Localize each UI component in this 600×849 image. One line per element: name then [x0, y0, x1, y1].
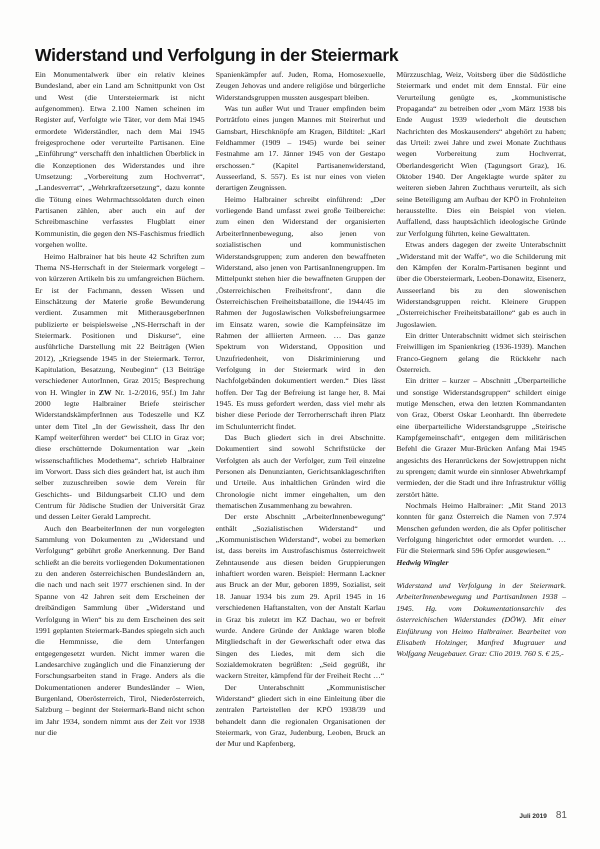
paragraph: Ein dritter – kurzer – Abschnitt „Überpa… — [396, 375, 566, 500]
paragraph: Spanienkämpfer auf. Juden, Roma, Homosex… — [216, 69, 386, 103]
page-footer: Juli 2019 81 — [519, 810, 567, 821]
text-run: Nr. 1-2/2016, 95f.) Im Jahr 2000 legte H… — [35, 388, 205, 522]
issue-date: Juli 2019 — [519, 813, 546, 820]
paragraph: Der erste Abschnitt „ArbeiterInnenbewegu… — [216, 511, 386, 681]
paragraph: Etwas anders dagegen der zweite Unterabs… — [396, 239, 566, 330]
text-run: Widerstand und Verfolgung in der Steierm… — [396, 581, 566, 658]
paragraph: Mürzzuschlag, Weiz, Voitsberg über die S… — [396, 69, 566, 239]
paragraph: Heimo Halbrainer hat bis heute 42 Schrif… — [35, 251, 205, 523]
text-run: Heimo Halbrainer hat bis heute 42 Schrif… — [35, 252, 205, 397]
paragraph: Der Unterabschnitt „Kommunistischer Wide… — [216, 682, 386, 750]
page-title: Widerstand und Verfolgung in der Steierm… — [35, 45, 398, 66]
paragraph: Ein Monumentalwerk über ein relativ klei… — [35, 69, 205, 251]
bold-run: ZW — [99, 388, 112, 397]
text-run: Auch den BearbeiterInnen der nun vorgele… — [35, 524, 205, 737]
text-column-2: Spanienkämpfer auf. Juden, Roma, Homosex… — [216, 69, 386, 750]
paragraph: Auch den BearbeiterInnen der nun vorgele… — [35, 523, 205, 739]
text-run: Ein Monumentalwerk über ein relativ klei… — [35, 70, 205, 249]
author-signature: Hedwig Wingler — [396, 557, 566, 568]
paragraph: Nochmals Heimo Halbrainer: „Mit Stand 20… — [396, 500, 566, 557]
text-run: Spanienkämpfer auf. Juden, Roma, Homosex… — [216, 70, 386, 102]
text-column-3: Mürzzuschlag, Weiz, Voitsberg über die S… — [396, 69, 566, 750]
text-run: Was tun außer Wut und Trauer empfinden b… — [216, 104, 386, 192]
text-run: Heimo Halbrainer schreibt einführend: „D… — [216, 195, 386, 431]
article-body: Ein Monumentalwerk über ein relativ klei… — [35, 69, 566, 750]
bibliography-note: Widerstand und Verfolgung in der Steierm… — [396, 580, 566, 659]
text-run: Der erste Abschnitt „ArbeiterInnenbewegu… — [216, 512, 386, 680]
paragraph: Heimo Halbrainer schreibt einführend: „D… — [216, 194, 386, 432]
text-run: Hedwig Wingler — [396, 558, 448, 567]
text-column-1: Ein Monumentalwerk über ein relativ klei… — [35, 69, 205, 750]
text-run: Etwas anders dagegen der zweite Unterabs… — [396, 240, 566, 328]
paragraph: Was tun außer Wut und Trauer empfinden b… — [216, 103, 386, 194]
paragraph: Ein dritter Unterabschnitt widmet sich s… — [396, 330, 566, 375]
text-run: Der Unterabschnitt „Kommunistischer Wide… — [216, 683, 386, 749]
text-run: Ein dritter Unterabschnitt widmet sich s… — [396, 331, 566, 374]
journal-page: Widerstand und Verfolgung in der Steierm… — [0, 0, 600, 849]
page-number: 81 — [556, 810, 567, 821]
text-run: Mürzzuschlag, Weiz, Voitsberg über die S… — [396, 70, 566, 238]
text-run: Das Buch gliedert sich in drei Abschnitt… — [216, 433, 386, 510]
text-run: Nochmals Heimo Halbrainer: „Mit Stand 20… — [396, 501, 566, 555]
paragraph: Das Buch gliedert sich in drei Abschnitt… — [216, 432, 386, 511]
text-run: Ein dritter – kurzer – Abschnitt „Überpa… — [396, 376, 566, 498]
